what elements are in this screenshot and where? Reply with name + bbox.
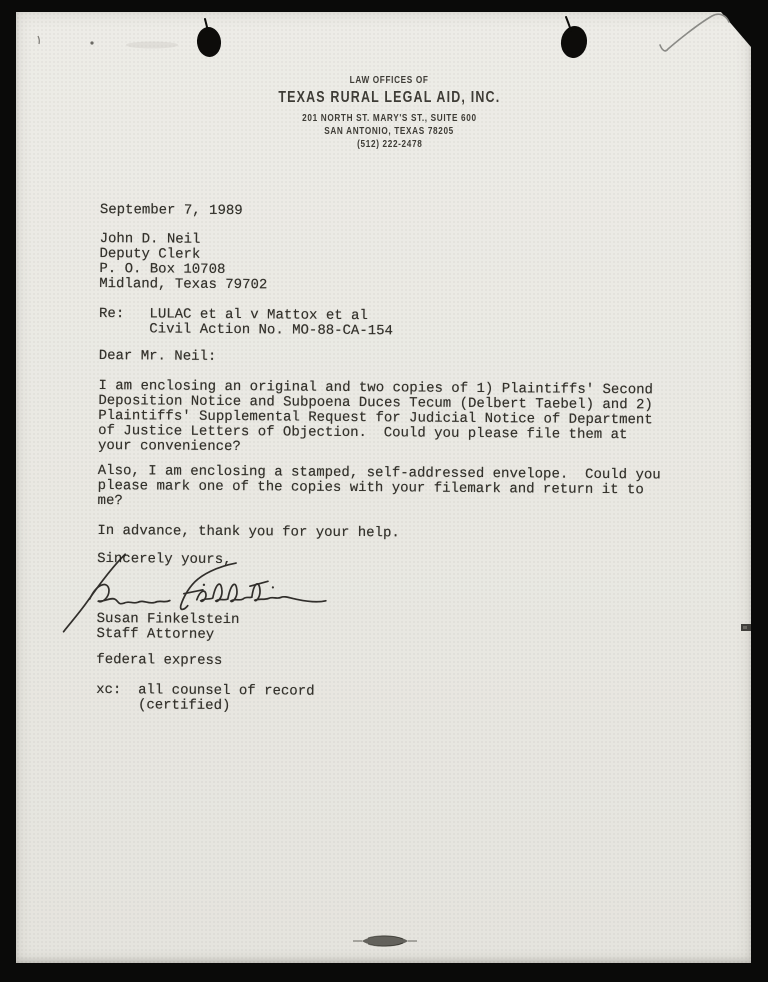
re-case-number: Civil Action No. MO-88-CA-154 (99, 322, 393, 339)
letter-paper: LAW OFFICES OF TEXAS RURAL LEGAL AID, IN… (16, 12, 751, 963)
paragraph2-line2: please mark one of the copies with your … (98, 479, 644, 498)
salutation: Dear Mr. Neil: (99, 349, 217, 365)
delivery-note: federal express (96, 653, 222, 669)
typed-letter-body: September 7, 1989 John D. Neil Deputy Cl… (10, 11, 752, 968)
letter-date: September 7, 1989 (100, 203, 243, 219)
scanned-letter-page: LAW OFFICES OF TEXAS RURAL LEGAL AID, IN… (0, 0, 768, 982)
addressee-city: Midland, Texas 79702 (99, 277, 267, 293)
paragraph3: In advance, thank you for your help. (97, 524, 400, 541)
paragraph1-line5: your convenience? (98, 439, 241, 455)
paragraph2-line3: me? (98, 494, 123, 509)
signer-title: Staff Attorney (96, 627, 214, 643)
cc-certified: (certified) (96, 698, 231, 714)
